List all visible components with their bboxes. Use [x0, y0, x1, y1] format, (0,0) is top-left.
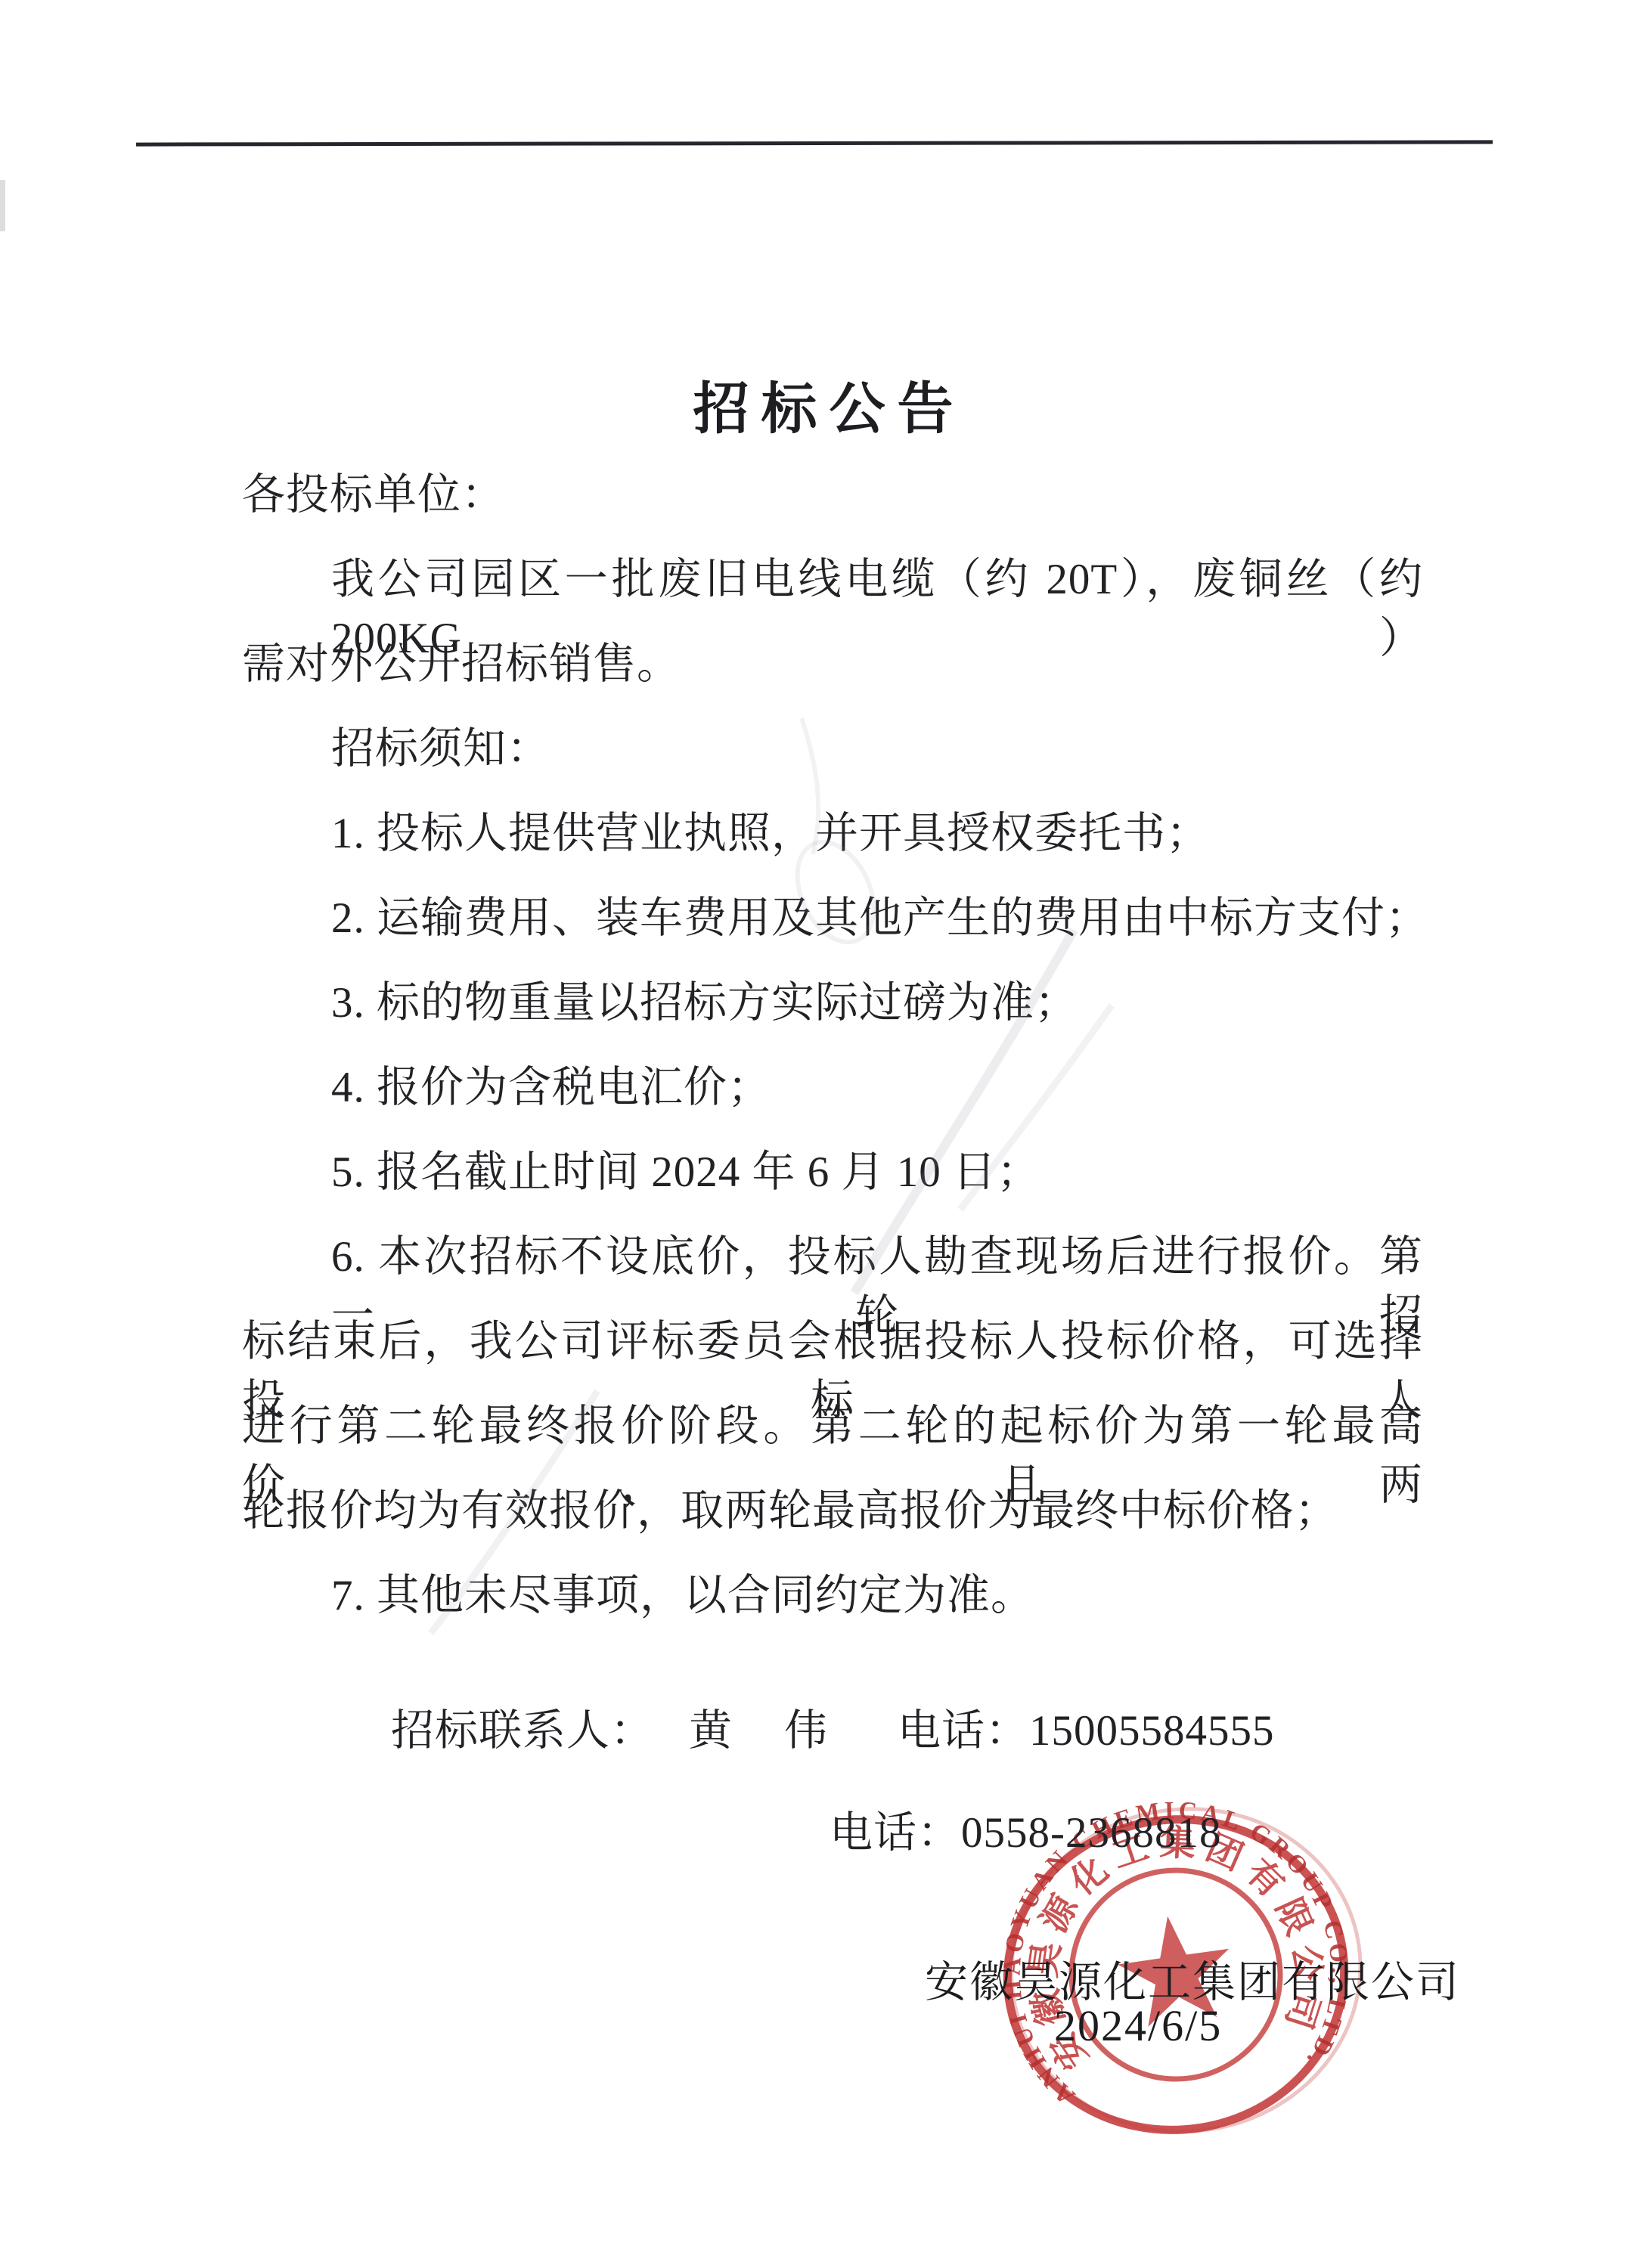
- tender-announcement-page: 招标公告 各投标单位： 我公司园区一批废旧电线电缆（约 20T），废铜丝（约 2…: [0, 0, 1625, 2268]
- office-phone-line: 电话：0558-2368818: [830, 1798, 1221, 1860]
- ghost-mark-1: [854, 930, 1074, 1293]
- scan-artifacts: [0, 0, 1625, 2268]
- ghost-mark-3: [783, 830, 889, 955]
- ghost-mark-4: [431, 1391, 597, 1633]
- ghost-mark-2: [960, 1005, 1112, 1210]
- ghost-mark-5: [802, 718, 818, 854]
- office-phone-label: 电话：: [830, 1809, 961, 1857]
- signature-date: 2024/6/5: [1054, 2000, 1222, 2051]
- office-phone-number: 0558-2368818: [961, 1809, 1221, 1857]
- scan-smudge-left: [0, 180, 5, 231]
